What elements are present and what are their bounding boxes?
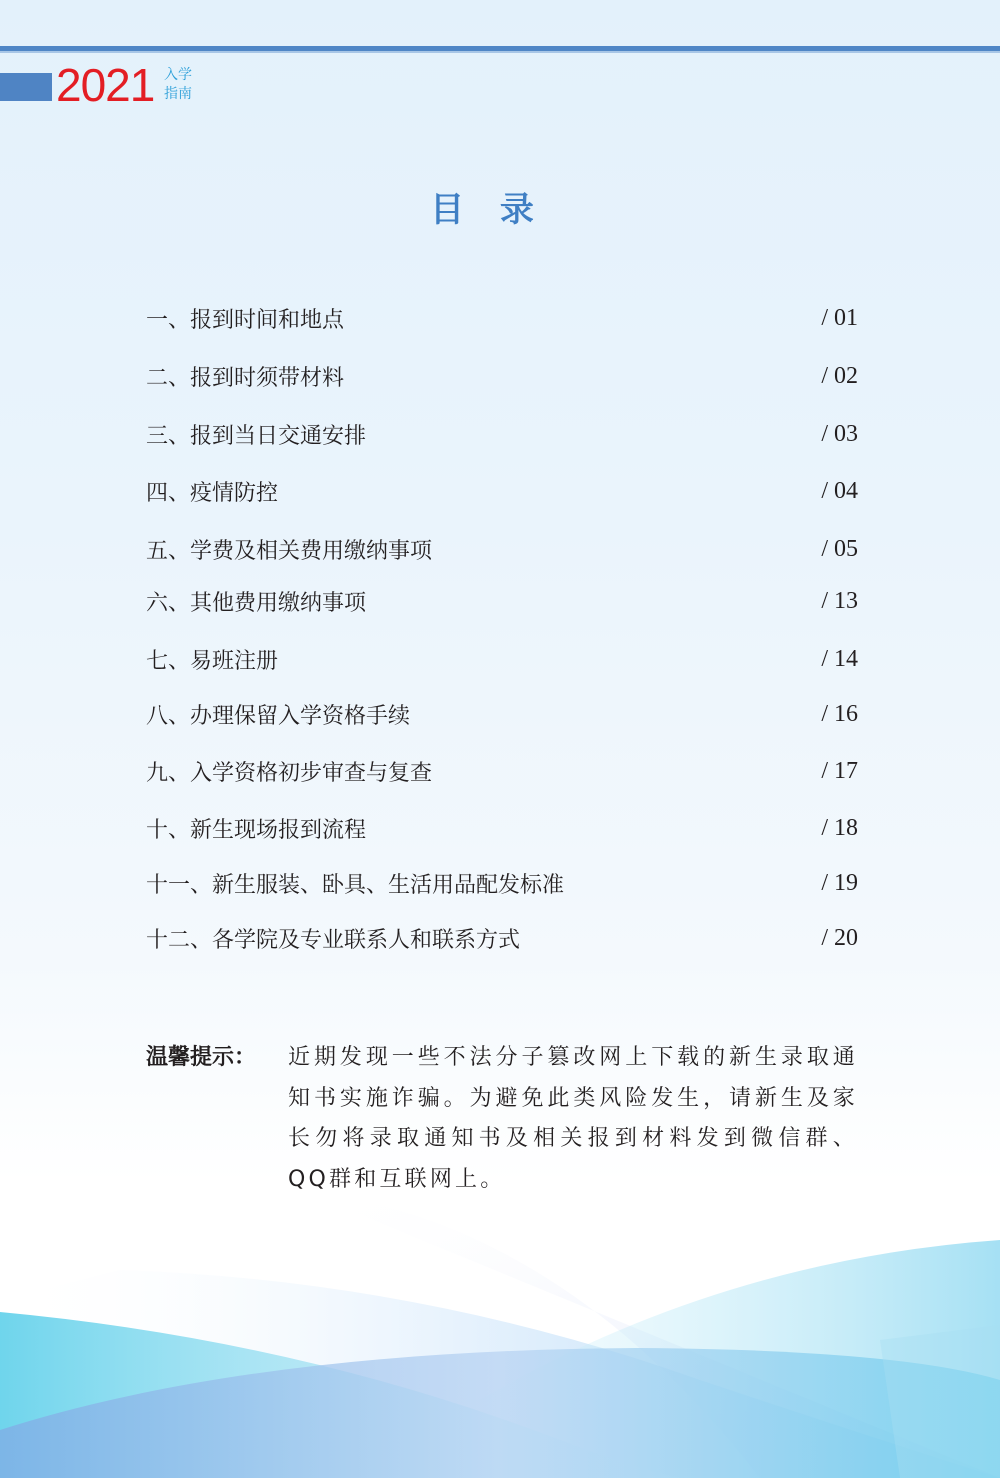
toc-item-label: 十、新生现场报到流程 — [146, 813, 366, 844]
toc-item[interactable]: 六、其他费用缴纳事项 / 13 — [146, 585, 858, 617]
toc-item[interactable]: 八、办理保留入学资格手续 / 16 — [146, 698, 858, 730]
toc-item[interactable]: 四、疫情防控 / 04 — [146, 475, 858, 507]
notice-box: 温馨提示： 近期发现一些不法分子篡改网上下载的新生录取通知书实施诈骗。为避免此类… — [146, 1038, 858, 1200]
toc-item-page: / 01 — [821, 305, 858, 332]
toc-item[interactable]: 十二、各学院及专业联系人和联系方式 / 20 — [146, 922, 858, 954]
toc-item-page: / 17 — [821, 758, 858, 785]
toc-item-page: / 05 — [821, 536, 858, 563]
decorative-waves — [0, 1180, 1000, 1478]
notice-label: 温馨提示： — [146, 1038, 288, 1200]
toc-item[interactable]: 十、新生现场报到流程 / 18 — [146, 812, 858, 844]
toc-item-label: 四、疫情防控 — [146, 476, 278, 507]
toc-item[interactable]: 五、学费及相关费用缴纳事项 / 05 — [146, 533, 858, 565]
brand-year: 2021 — [56, 60, 154, 110]
toc-item-page: / 03 — [821, 421, 858, 448]
toc-item-page: / 14 — [821, 646, 858, 673]
brand-subtitle: 入学 指南 — [164, 66, 192, 104]
toc-item-label: 二、报到时须带材料 — [146, 361, 344, 392]
toc-item-page: / 16 — [821, 701, 858, 728]
toc-item[interactable]: 七、易班注册 / 14 — [146, 643, 858, 675]
brand-color-block — [0, 73, 52, 101]
notice-text: 近期发现一些不法分子篡改网上下载的新生录取通知书实施诈骗。为避免此类风险发生，请… — [288, 1038, 858, 1200]
toc-item-label: 八、办理保留入学资格手续 — [146, 699, 410, 730]
toc-item-label: 一、报到时间和地点 — [146, 303, 344, 334]
toc-item-label: 九、入学资格初步审查与复查 — [146, 756, 432, 787]
toc-item[interactable]: 一、报到时间和地点 / 01 — [146, 302, 858, 334]
toc-item-label: 十一、新生服装、卧具、生活用品配发标准 — [146, 868, 564, 899]
toc-item-label: 十二、各学院及专业联系人和联系方式 — [146, 923, 520, 954]
toc-item-label: 六、其他费用缴纳事项 — [146, 586, 366, 617]
toc-item-page: / 20 — [821, 925, 858, 952]
toc-item-page: / 04 — [821, 478, 858, 505]
toc-item-page: / 02 — [821, 363, 858, 390]
toc-item-page: / 19 — [821, 870, 858, 897]
header-rule-shadow — [0, 51, 1000, 53]
toc-title: 目 录 — [0, 182, 976, 231]
toc-item-label: 七、易班注册 — [146, 644, 278, 675]
brand-subtitle-line1: 入学 — [164, 66, 192, 85]
toc-item-page: / 18 — [821, 815, 858, 842]
toc-item[interactable]: 三、报到当日交通安排 / 03 — [146, 418, 858, 450]
toc-item[interactable]: 二、报到时须带材料 / 02 — [146, 360, 858, 392]
toc-item-label: 三、报到当日交通安排 — [146, 419, 366, 450]
brand-subtitle-line2: 指南 — [164, 85, 192, 104]
toc-item-page: / 13 — [821, 588, 858, 615]
toc-item[interactable]: 十一、新生服装、卧具、生活用品配发标准 / 19 — [146, 867, 858, 899]
toc-item[interactable]: 九、入学资格初步审查与复查 / 17 — [146, 755, 858, 787]
toc-item-label: 五、学费及相关费用缴纳事项 — [146, 534, 432, 565]
